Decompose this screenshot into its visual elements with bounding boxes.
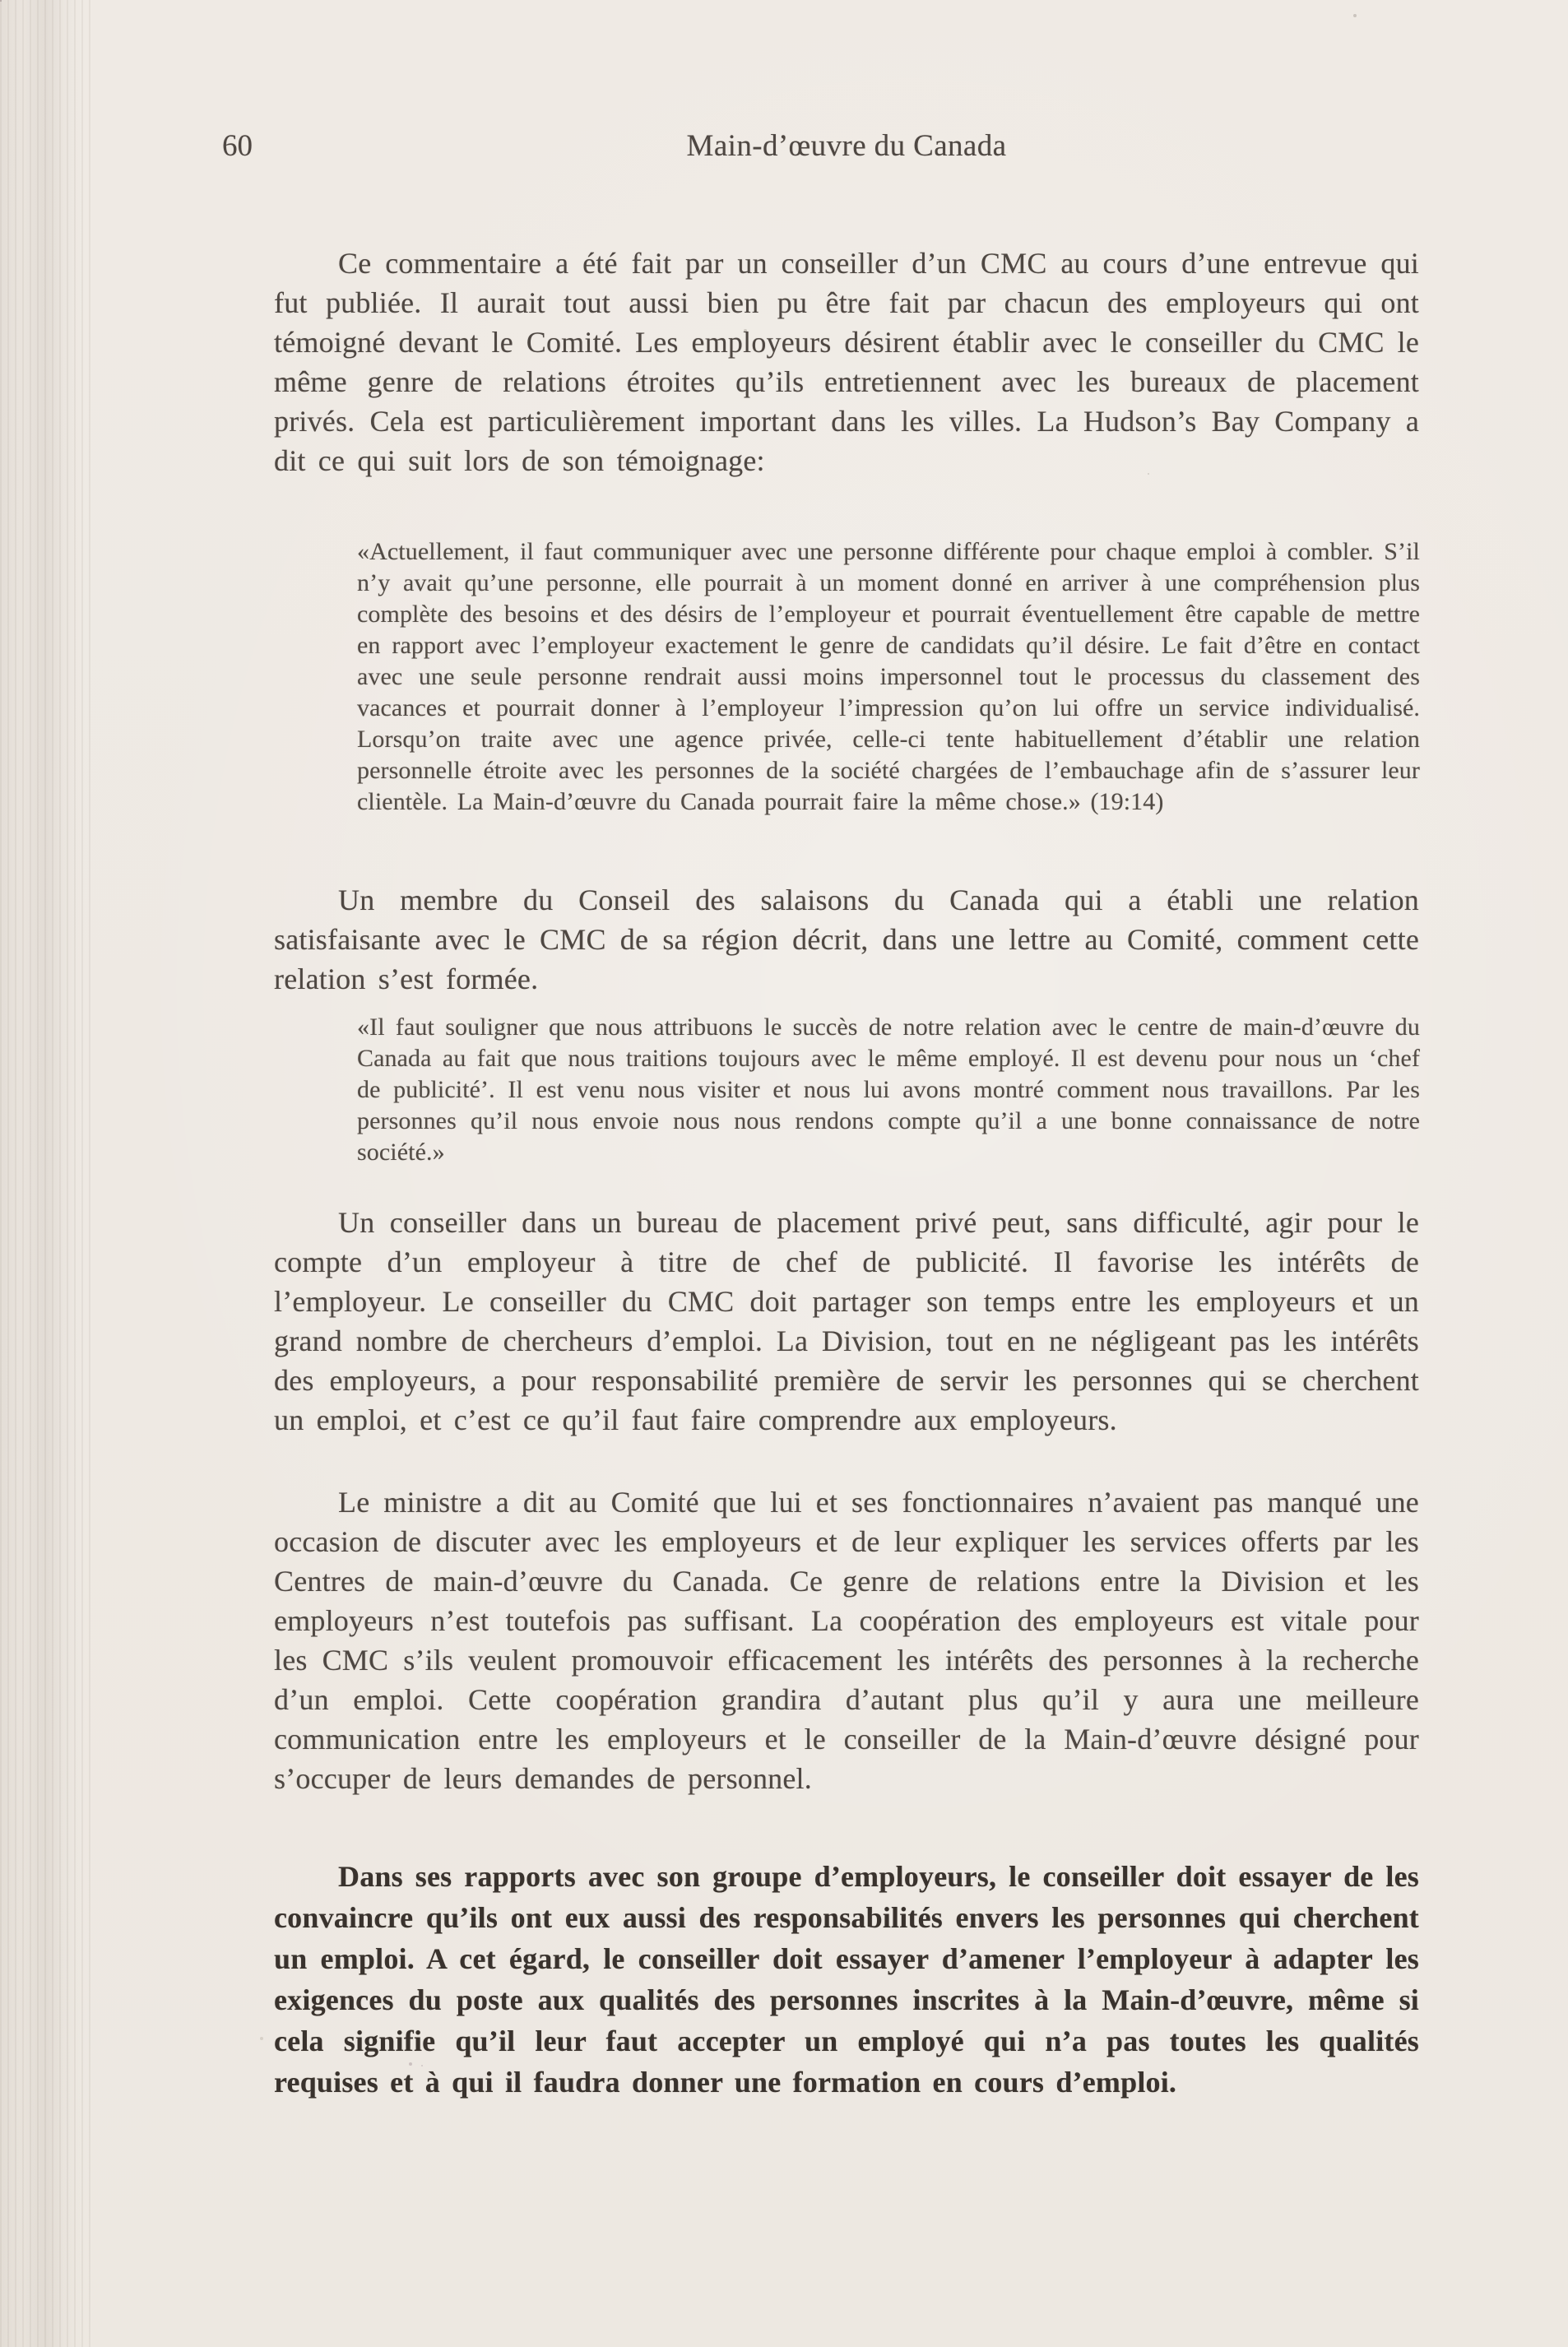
block-quote-letter-to-committee: «Il faut souligner que nous attribuons l… — [357, 1012, 1420, 1168]
block-quote-hudsons-bay: «Actuellement, il faut communiquer avec … — [357, 536, 1420, 818]
page-number: 60 — [222, 128, 253, 165]
running-header-title: Main-d’œuvre du Canada — [274, 128, 1419, 165]
binding-crease — [0, 0, 90, 2347]
paragraph-private-placement-counsellor: Un conseiller dans un bureau de placemen… — [274, 1203, 1419, 1440]
paragraph-intro-cmc-counsellor: Ce commentaire a été fait par un conseil… — [274, 244, 1419, 480]
paragraph-minister-committee: Le ministre a dit au Comité que lui et s… — [274, 1482, 1419, 1798]
paragraph-recommendation-bold: Dans ses rapports avec son groupe d’empl… — [274, 1856, 1419, 2103]
paragraph-conseil-salaisons: Un membre du Conseil des salaisons du Ca… — [274, 880, 1419, 999]
scanned-page: 60 Main-d’œuvre du Canada Ce commentaire… — [0, 0, 1568, 2347]
scan-artifacts — [0, 0, 2, 2]
